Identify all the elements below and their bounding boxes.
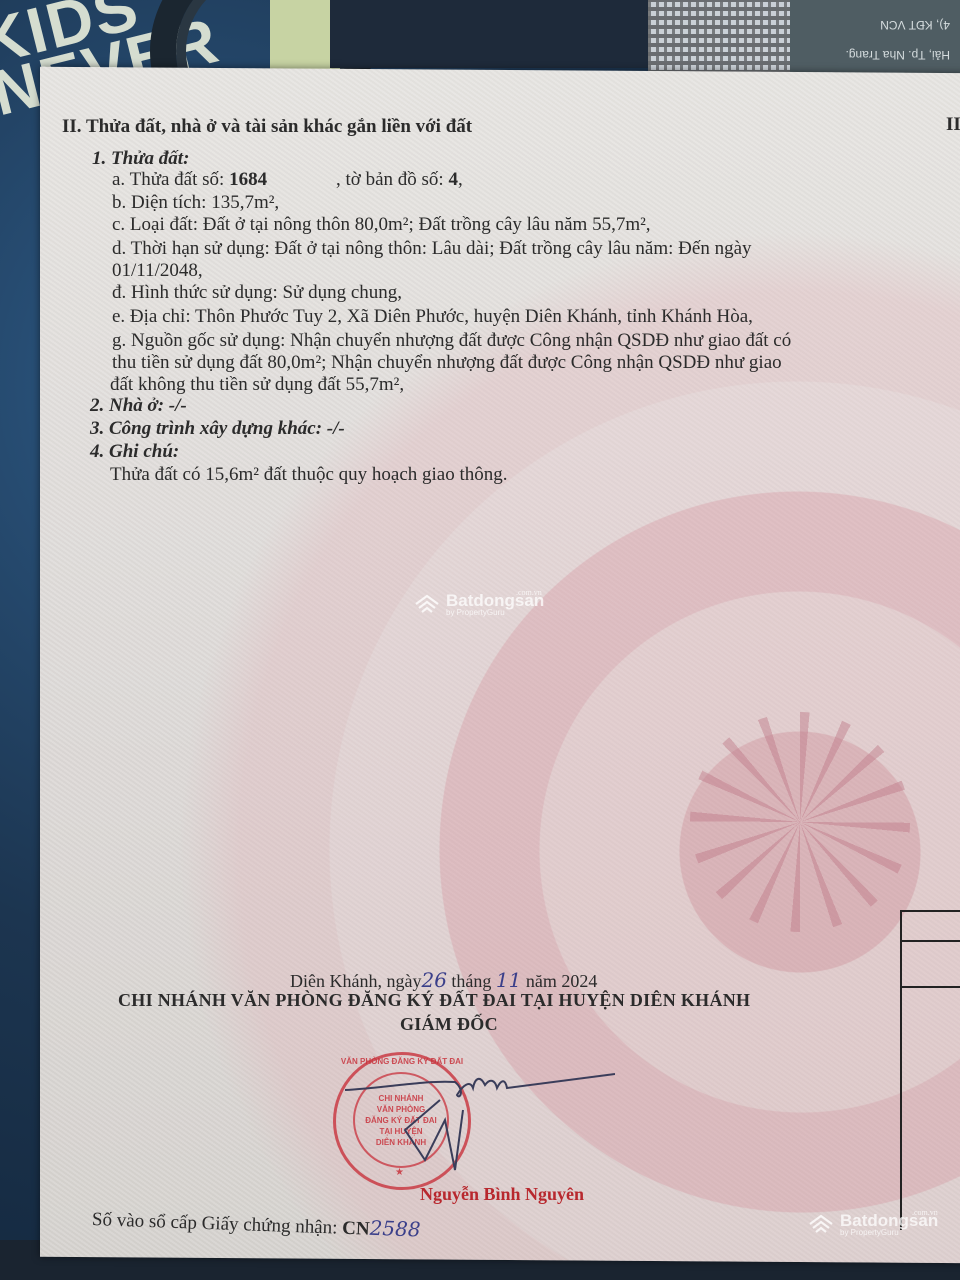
signing-date: Diên Khánh, ngày26 tháng 11 năm 2024 [290, 968, 597, 992]
house-line: 2. Nhà ở: -/- [90, 395, 187, 417]
parcel-number: 1684 [229, 169, 267, 190]
map-sheet-number: 4 [448, 169, 458, 190]
usage-term-line-2: 01/11/2048, [112, 260, 203, 282]
land-parcel-heading: 1. Thửa đất: [92, 148, 189, 170]
batdongsan-logo-icon [414, 594, 440, 616]
origin-line-1: g. Nguồn gốc sử dụng: Nhận chuyển nhượng… [112, 330, 791, 352]
signer-position: GIÁM ĐỐC [400, 1014, 498, 1035]
map-sheet-line: , tờ bản đồ số: 4, [336, 169, 463, 191]
usage-form-line: đ. Hình thức sử dụng: Sử dụng chung, [112, 282, 402, 304]
handwritten-month: 11 [496, 968, 521, 992]
parcel-number-line: a. Thửa đất số: 1684 [112, 169, 267, 191]
area-line: b. Diện tích: 135,7m², [112, 192, 279, 214]
handwritten-signature [345, 1060, 615, 1180]
notes-heading: 4. Ghi chú: [90, 441, 179, 463]
notes-text: Thửa đất có 15,6m² đất thuộc quy hoạch g… [110, 464, 508, 486]
right-table-frame [900, 910, 960, 1230]
address-line: e. Địa chỉ: Thôn Phước Tuy 2, Xã Diên Ph… [112, 306, 753, 328]
other-construction-line: 3. Công trình xây dựng khác: -/- [90, 418, 345, 440]
origin-line-2: thu tiền sử dụng đất 80,0m²; Nhận chuyển… [112, 352, 782, 374]
issuing-agency: CHI NHÁNH VĂN PHÒNG ĐĂNG KÝ ĐẤT ĐAI TẠI … [118, 990, 750, 1011]
usage-term-line-1: d. Thời hạn sử dụng: Đất ở tại nông thôn… [112, 238, 752, 260]
next-section-marker: II [946, 114, 960, 136]
signer-name: Nguyễn Bình Nguyên [420, 1184, 584, 1205]
batdongsan-logo-icon [808, 1214, 834, 1236]
handwritten-day: 26 [421, 968, 446, 992]
registration-prefix: CN [342, 1218, 370, 1240]
registration-number-line: Số vào sổ cấp Giấy chứng nhận: CN2588 [92, 1206, 421, 1242]
origin-line-3: đất không thu tiền sử dụng đất 55,7m², [110, 374, 404, 396]
registration-number: 2588 [369, 1216, 421, 1242]
watermark-domain: .com.vn [912, 1208, 938, 1217]
document-content: II. Thửa đất, nhà ở và tài sản khác gắn … [0, 0, 960, 1280]
section-title: II. Thửa đất, nhà ở và tài sản khác gắn … [62, 116, 472, 138]
land-type-line: c. Loại đất: Đất ở tại nông thôn 80,0m²;… [112, 214, 651, 236]
watermark-domain: .com.vn [516, 588, 542, 597]
